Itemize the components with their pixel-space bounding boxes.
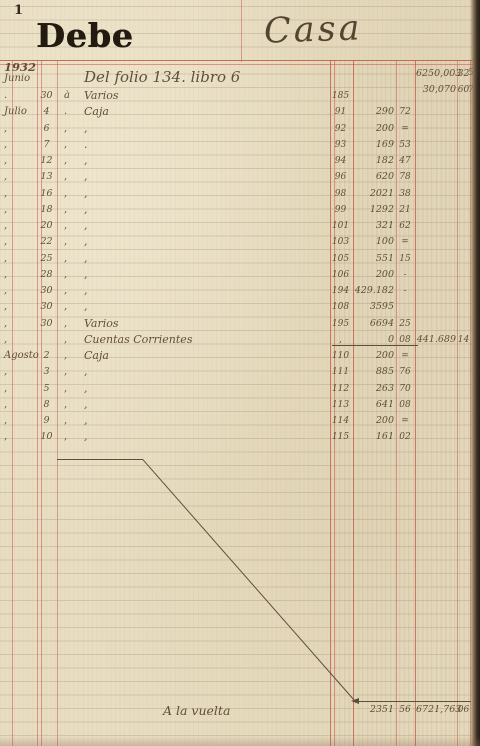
- ledger-row: , 25 , , 105 551 15: [0, 251, 480, 267]
- row-description: ,: [84, 153, 88, 169]
- row-month: ,: [4, 429, 36, 445]
- row-desc-prefix: ,: [64, 283, 80, 299]
- row-description: ,: [84, 218, 88, 234]
- ledger-row: , 13 , , 96 620 78: [0, 169, 480, 185]
- row-amount-cents: 62: [397, 218, 413, 234]
- row-description: ,: [84, 283, 88, 299]
- row-amount-cents: 25: [397, 316, 413, 332]
- row-amount-cents: 53: [397, 137, 413, 153]
- row-folio: 93: [330, 137, 351, 153]
- row-folio: 92: [330, 121, 351, 137]
- row-folio: 91: [330, 104, 351, 120]
- row-desc-prefix: ,: [64, 202, 80, 218]
- row-amount: 1292: [350, 202, 394, 218]
- ledger-page: 1 Debe Casa 1932 Junio Del folio 134. li…: [0, 0, 480, 746]
- row-folio: 185: [330, 88, 351, 104]
- row-amount-cents: =: [397, 413, 413, 429]
- row-day: 25: [37, 251, 56, 267]
- row-day: 30: [37, 283, 56, 299]
- row-desc-prefix: ,: [64, 413, 80, 429]
- row-amount: 100: [350, 234, 394, 250]
- carried-forward-line-1: 6250,003 32: [0, 66, 480, 82]
- row-desc-prefix: ,: [64, 218, 80, 234]
- row-month: ,: [4, 299, 36, 315]
- row-desc-prefix: ,: [64, 316, 80, 332]
- row-description: Varios: [84, 316, 119, 332]
- row-desc-prefix: ,: [64, 153, 80, 169]
- footer-total-cents: 06: [457, 702, 470, 718]
- row-folio: 96: [330, 169, 351, 185]
- ledger-row: , 3 , , 111 885 76: [0, 364, 480, 380]
- page-number: 1: [14, 3, 23, 18]
- row-day: 7: [37, 137, 56, 153]
- row-month: ,: [4, 381, 36, 397]
- row-day: 6: [37, 121, 56, 137]
- debit-title: Debe: [36, 16, 134, 55]
- row-amount: 620: [350, 169, 394, 185]
- row-month: ,: [4, 413, 36, 429]
- row-description: Cuentas Corrientes: [84, 332, 192, 348]
- page-bottom-shadow: [0, 736, 480, 746]
- ledger-row: , 10 , , 115 161 02: [0, 429, 480, 445]
- carried-amount: 6250,003: [416, 66, 456, 82]
- row-month: ,: [4, 169, 36, 185]
- ledger-row: . 30 à Varios 185: [0, 88, 480, 104]
- ledger-row: , 30 , Varios 195 6694 25: [0, 316, 480, 332]
- row-folio: 108: [330, 299, 351, 315]
- row-total: 441.689: [416, 332, 456, 348]
- row-day: 2: [37, 348, 56, 364]
- row-description: ,: [84, 413, 88, 429]
- ledger-row: , 8 , , 113 641 08: [0, 397, 480, 413]
- header-rule-top: [0, 60, 480, 61]
- row-amount-cents: 21: [397, 202, 413, 218]
- row-day: 30: [37, 88, 56, 104]
- row-month: ,: [4, 364, 36, 380]
- row-month: ,: [4, 137, 36, 153]
- row-month: ,: [4, 202, 36, 218]
- row-desc-prefix: ,: [64, 251, 80, 267]
- row-folio: 94: [330, 153, 351, 169]
- row-amount: 169: [350, 137, 394, 153]
- row-desc-prefix: ,: [64, 169, 80, 185]
- sum-underline: [332, 345, 418, 346]
- row-description: ,: [84, 381, 88, 397]
- row-amount-cents: 47: [397, 153, 413, 169]
- row-desc-prefix: ,: [64, 332, 80, 348]
- row-month: ,: [4, 267, 36, 283]
- ledger-rows: . 30 à Varios 185 Julio 4 . Caja 91 290 …: [0, 88, 480, 446]
- row-folio: 105: [330, 251, 351, 267]
- row-description: Caja: [84, 348, 109, 364]
- ledger-row: , 7 , . 93 169 53: [0, 137, 480, 153]
- row-month: ,: [4, 332, 36, 348]
- row-month: ,: [4, 218, 36, 234]
- row-description: ,: [84, 251, 88, 267]
- row-description: ,: [84, 202, 88, 218]
- footer-amount: 2351: [350, 702, 394, 718]
- row-day: 30: [37, 299, 56, 315]
- row-month: ,: [4, 397, 36, 413]
- row-description: .: [84, 137, 88, 153]
- row-folio: 114: [330, 413, 351, 429]
- ledger-row: , 12 , , 94 182 47: [0, 153, 480, 169]
- row-amount: 3595: [350, 299, 394, 315]
- row-folio: 103: [330, 234, 351, 250]
- row-amount: 2021: [350, 186, 394, 202]
- row-month: .: [4, 88, 36, 104]
- row-amount-cents: =: [397, 234, 413, 250]
- row-total-cents: 14: [457, 332, 470, 348]
- row-desc-prefix: ,: [64, 348, 80, 364]
- row-amount-cents: -: [397, 283, 413, 299]
- row-day: 20: [37, 218, 56, 234]
- ledger-row: Julio 4 . Caja 91 290 72: [0, 104, 480, 120]
- row-amount: 290: [350, 104, 394, 120]
- row-desc-prefix: ,: [64, 186, 80, 202]
- row-description: Varios: [84, 88, 119, 104]
- footer-line: A la vuelta 2351 56 6721,763 06: [0, 702, 480, 720]
- row-amount: 6694: [350, 316, 394, 332]
- row-day: 5: [37, 381, 56, 397]
- row-amount-cents: =: [397, 121, 413, 137]
- row-folio: 195: [330, 316, 351, 332]
- row-folio: 98: [330, 186, 351, 202]
- row-day: 4: [37, 104, 56, 120]
- footer-total: 6721,763: [416, 702, 456, 718]
- row-amount: 200: [350, 348, 394, 364]
- row-desc-prefix: ,: [64, 121, 80, 137]
- row-day: 30: [37, 316, 56, 332]
- row-description: Caja: [84, 104, 109, 120]
- row-desc-prefix: ,: [64, 364, 80, 380]
- row-amount: 641: [350, 397, 394, 413]
- row-day: 18: [37, 202, 56, 218]
- row-desc-prefix: .: [64, 104, 80, 120]
- row-month: ,: [4, 153, 36, 169]
- row-desc-prefix: à: [64, 88, 80, 104]
- ledger-row: , 5 , , 112 263 70: [0, 381, 480, 397]
- row-day: 22: [37, 234, 56, 250]
- row-month: ,: [4, 186, 36, 202]
- row-amount: 200: [350, 413, 394, 429]
- row-amount: 200: [350, 121, 394, 137]
- row-desc-prefix: ,: [64, 429, 80, 445]
- ledger-row: , 18 , , 99 1292 21: [0, 202, 480, 218]
- row-desc-prefix: ,: [64, 267, 80, 283]
- page-edge-shadow: [470, 0, 480, 746]
- row-month: ,: [4, 316, 36, 332]
- header-center-rule: [241, 0, 242, 62]
- ledger-row: , 28 , , 106 200 -: [0, 267, 480, 283]
- row-description: ,: [84, 299, 88, 315]
- row-day: 13: [37, 169, 56, 185]
- row-description: ,: [84, 364, 88, 380]
- row-day: 8: [37, 397, 56, 413]
- row-amount-cents: 76: [397, 364, 413, 380]
- row-desc-prefix: ,: [64, 137, 80, 153]
- row-amount-cents: 38: [397, 186, 413, 202]
- ledger-row: , 30 , , 194 429.182 -: [0, 283, 480, 299]
- row-description: ,: [84, 121, 88, 137]
- ledger-row: , 20 , , 101 321 62: [0, 218, 480, 234]
- row-folio: 111: [330, 364, 351, 380]
- row-amount-cents: 78: [397, 169, 413, 185]
- row-month: Julio: [4, 104, 36, 120]
- ledger-row: , 9 , , 114 200 =: [0, 413, 480, 429]
- row-folio: 106: [330, 267, 351, 283]
- row-description: ,: [84, 186, 88, 202]
- row-desc-prefix: ,: [64, 381, 80, 397]
- account-title: Casa: [263, 8, 363, 51]
- row-amount-cents: 02: [397, 429, 413, 445]
- footer-label: A la vuelta: [163, 703, 230, 718]
- header-rule-bottom: [0, 64, 480, 65]
- row-folio: 99: [330, 202, 351, 218]
- row-folio: 115: [330, 429, 351, 445]
- row-day: 28: [37, 267, 56, 283]
- row-description: ,: [84, 234, 88, 250]
- row-amount: 429.182: [350, 283, 394, 299]
- ledger-row: Agosto 2 , Caja 110 200 =: [0, 348, 480, 364]
- ledger-row: , 30 , , 108 3595: [0, 299, 480, 315]
- row-day: 12: [37, 153, 56, 169]
- ledger-row: , 16 , , 98 2021 38: [0, 186, 480, 202]
- closing-line-diagonal: [142, 459, 355, 702]
- row-amount: 321: [350, 218, 394, 234]
- row-amount-cents: 72: [397, 104, 413, 120]
- row-day: 3: [37, 364, 56, 380]
- row-amount: 263: [350, 381, 394, 397]
- row-folio: 110: [330, 348, 351, 364]
- row-day: 16: [37, 186, 56, 202]
- row-desc-prefix: ,: [64, 234, 80, 250]
- row-amount-cents: 08: [397, 397, 413, 413]
- row-description: ,: [84, 169, 88, 185]
- row-folio: 113: [330, 397, 351, 413]
- row-description: ,: [84, 397, 88, 413]
- row-month: Agosto: [4, 348, 36, 364]
- row-description: ,: [84, 267, 88, 283]
- row-day: 10: [37, 429, 56, 445]
- row-amount: 182: [350, 153, 394, 169]
- row-amount-cents: =: [397, 348, 413, 364]
- row-amount: 161: [350, 429, 394, 445]
- row-amount-cents: 15: [397, 251, 413, 267]
- closing-line-top: [57, 459, 143, 460]
- row-folio: 101: [330, 218, 351, 234]
- row-amount: 200: [350, 267, 394, 283]
- row-month: ,: [4, 234, 36, 250]
- row-folio: 194: [330, 283, 351, 299]
- ledger-row: , 6 , , 92 200 =: [0, 121, 480, 137]
- row-desc-prefix: ,: [64, 397, 80, 413]
- row-desc-prefix: ,: [64, 299, 80, 315]
- row-month: ,: [4, 283, 36, 299]
- footer-amount-cents: 56: [397, 702, 413, 718]
- row-day: 9: [37, 413, 56, 429]
- row-amount-cents: 70: [397, 381, 413, 397]
- ledger-row: , 22 , , 103 100 =: [0, 234, 480, 250]
- row-amount-cents: -: [397, 267, 413, 283]
- row-description: ,: [84, 429, 88, 445]
- row-month: ,: [4, 251, 36, 267]
- row-month: ,: [4, 121, 36, 137]
- row-amount: 885: [350, 364, 394, 380]
- row-amount: 551: [350, 251, 394, 267]
- row-folio: 112: [330, 381, 351, 397]
